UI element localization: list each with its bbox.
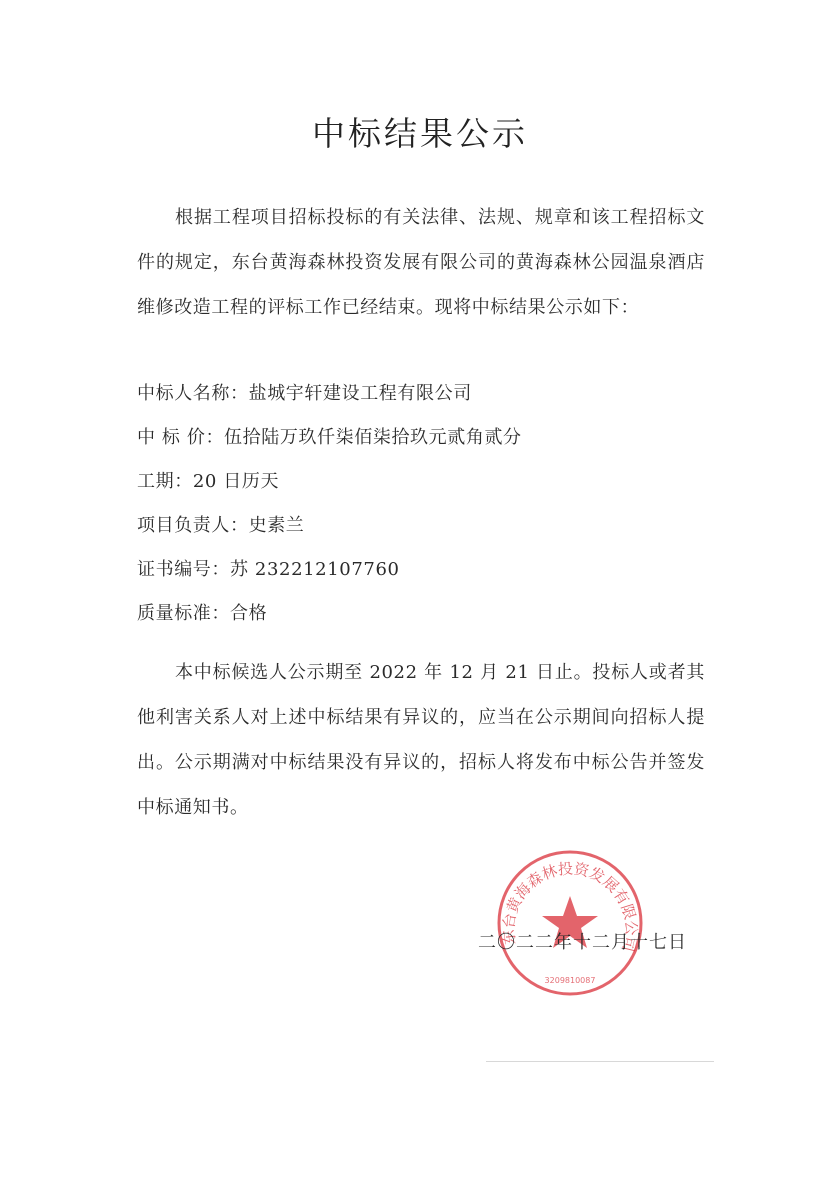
field-value: 史素兰	[249, 515, 305, 536]
divider-line	[486, 1061, 714, 1062]
field-quality: 质量标准：合格	[137, 592, 522, 636]
field-label: 证书编号：	[137, 559, 230, 580]
notice-paragraph: 本中标候选人公示期至 2022 年 12 月 21 日止。投标人或者其他利害关系…	[137, 650, 705, 830]
field-value: 盐城宇轩建设工程有限公司	[249, 383, 472, 404]
field-value: 合格	[230, 603, 267, 624]
svg-text:3209810087: 3209810087	[545, 976, 596, 985]
document-title: 中标结果公示	[0, 108, 840, 155]
field-label: 质量标准：	[137, 603, 230, 624]
field-manager: 项目负责人：史素兰	[137, 504, 522, 548]
issue-date: 二〇二二年十二月十七日	[478, 928, 687, 954]
field-certificate: 证书编号：苏 232212107760	[137, 548, 522, 592]
field-value: 苏 232212107760	[230, 559, 400, 580]
field-label: 项目负责人：	[137, 515, 249, 536]
intro-paragraph: 根据工程项目招标投标的有关法律、法规、规章和该工程招标文件的规定，东台黄海森林投…	[137, 195, 705, 330]
award-details: 中标人名称：盐城宇轩建设工程有限公司 中 标 价：伍拾陆万玖仟柒佰柒拾玖元贰角贰…	[137, 372, 522, 636]
field-price: 中 标 价：伍拾陆万玖仟柒佰柒拾玖元贰角贰分	[137, 416, 522, 460]
field-label: 工期：	[137, 471, 193, 492]
field-value: 20 日历天	[193, 471, 279, 492]
field-duration: 工期：20 日历天	[137, 460, 522, 504]
field-label: 中 标 价：	[137, 427, 224, 448]
field-winner: 中标人名称：盐城宇轩建设工程有限公司	[137, 372, 522, 416]
field-label: 中标人名称：	[137, 383, 249, 404]
field-value: 伍拾陆万玖仟柒佰柒拾玖元贰角贰分	[224, 427, 522, 448]
company-seal-stamp: 东台黄海森林投资发展有限公司 3209810087	[495, 848, 645, 998]
